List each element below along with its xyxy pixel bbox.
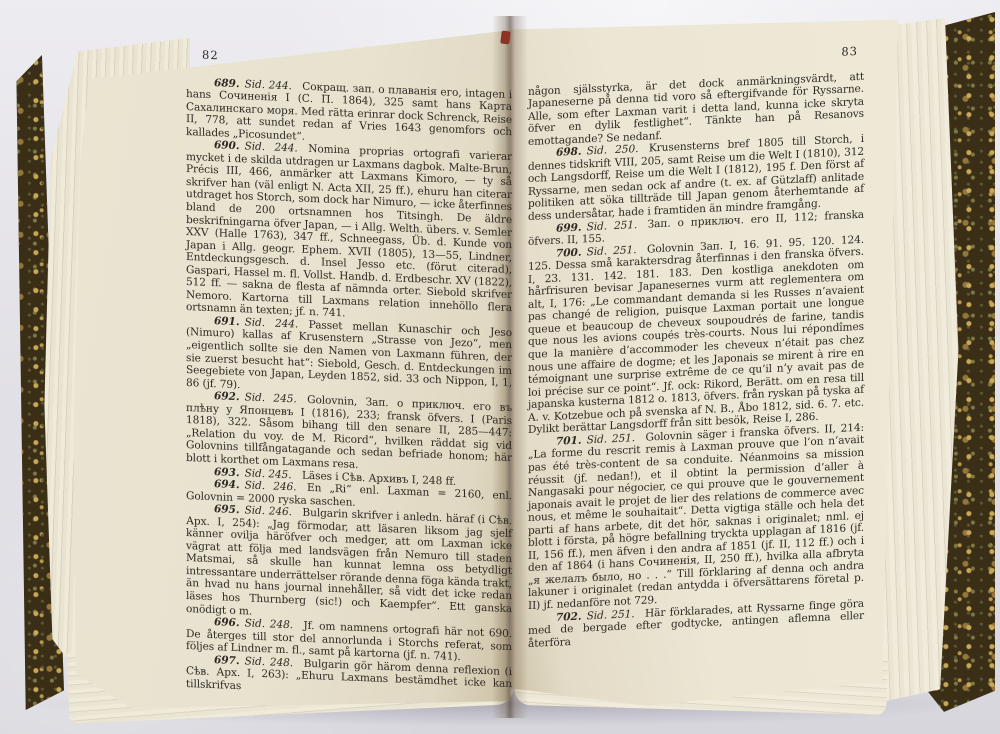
footnote-paragraph: 690. Sid. 244. Nomina proprias ortografi… bbox=[186, 138, 512, 327]
footnote-number: 690. bbox=[214, 139, 245, 152]
footnote-page-ref: Sid. 248. bbox=[245, 655, 304, 669]
footnote-page-ref: Sid. 251. bbox=[587, 432, 646, 447]
footnote-page-ref: Sid. 251. bbox=[587, 218, 648, 233]
footnote-number: 694. bbox=[214, 478, 245, 491]
footnote-number: 699. bbox=[556, 221, 587, 234]
footnote-page-ref: Sid. 250. bbox=[587, 143, 649, 158]
footnote-paragraph: 692. Sid. 245. Golovnin, Зап. о приключ.… bbox=[186, 389, 512, 477]
footnote-page-ref: Sid. 244. bbox=[245, 78, 303, 92]
footnote-page-ref: Sid. 246. bbox=[245, 504, 303, 518]
right-page-footnotes: någon själsstyrka, är det dock anmärknin… bbox=[528, 70, 864, 650]
footnote-number: 696. bbox=[214, 616, 245, 629]
footnote-page-ref: Sid. 248. bbox=[245, 617, 304, 631]
footnote-number: 702. bbox=[556, 610, 587, 623]
footnote-page-ref: Sid. 246. bbox=[245, 479, 307, 494]
footnote-number: 698. bbox=[556, 146, 587, 159]
footnote-paragraph: 691. Sid. 244. Passet mellan Kunaschir o… bbox=[186, 314, 512, 402]
right-page-text: 83 någon själsstyrka, är det dock anmärk… bbox=[528, 45, 864, 650]
footnote-number: 695. bbox=[214, 503, 245, 516]
footnote-number: 697. bbox=[214, 654, 245, 667]
book-photograph: 82 689. Sid. 244. Сокращ. зап. о плавані… bbox=[0, 0, 1000, 734]
footnote-number: 693. bbox=[214, 466, 245, 479]
footnote-page-ref: Sid. 244. bbox=[245, 141, 309, 156]
footnote-number: 700. bbox=[556, 246, 587, 259]
footnote-paragraph: 701. Sid. 251. Golovnin säger i franska … bbox=[528, 422, 864, 613]
footnote-page-ref: Sid. 244. bbox=[245, 316, 309, 331]
footnote-paragraph: 698. Sid. 250. Krusensterns bref 1805 ti… bbox=[528, 133, 864, 224]
spine-headband bbox=[500, 31, 511, 45]
footnote-paragraph: 695. Sid. 246. Bulgarin skrifver i anled… bbox=[186, 502, 512, 628]
page-number-right: 83 bbox=[841, 45, 858, 58]
footnote-paragraph: 700. Sid. 251. Golovnin Зап. I, 16. 91. … bbox=[528, 233, 864, 436]
footnote-number: 692. bbox=[214, 390, 245, 403]
footnote-number: 689. bbox=[214, 77, 245, 90]
left-page-footnotes: 689. Sid. 244. Сокращ. зап. о плаванія е… bbox=[186, 76, 512, 704]
footnote-page-ref: Sid. 251. bbox=[587, 607, 645, 622]
footnote-number: 701. bbox=[556, 434, 587, 447]
footnote-page-ref: Sid. 245. bbox=[245, 392, 308, 407]
left-page-text: 82 689. Sid. 244. Сокращ. зап. о плавані… bbox=[186, 48, 512, 703]
footnote-number: 691. bbox=[214, 315, 245, 328]
footnote-page-ref: Sid. 251. bbox=[587, 243, 647, 258]
